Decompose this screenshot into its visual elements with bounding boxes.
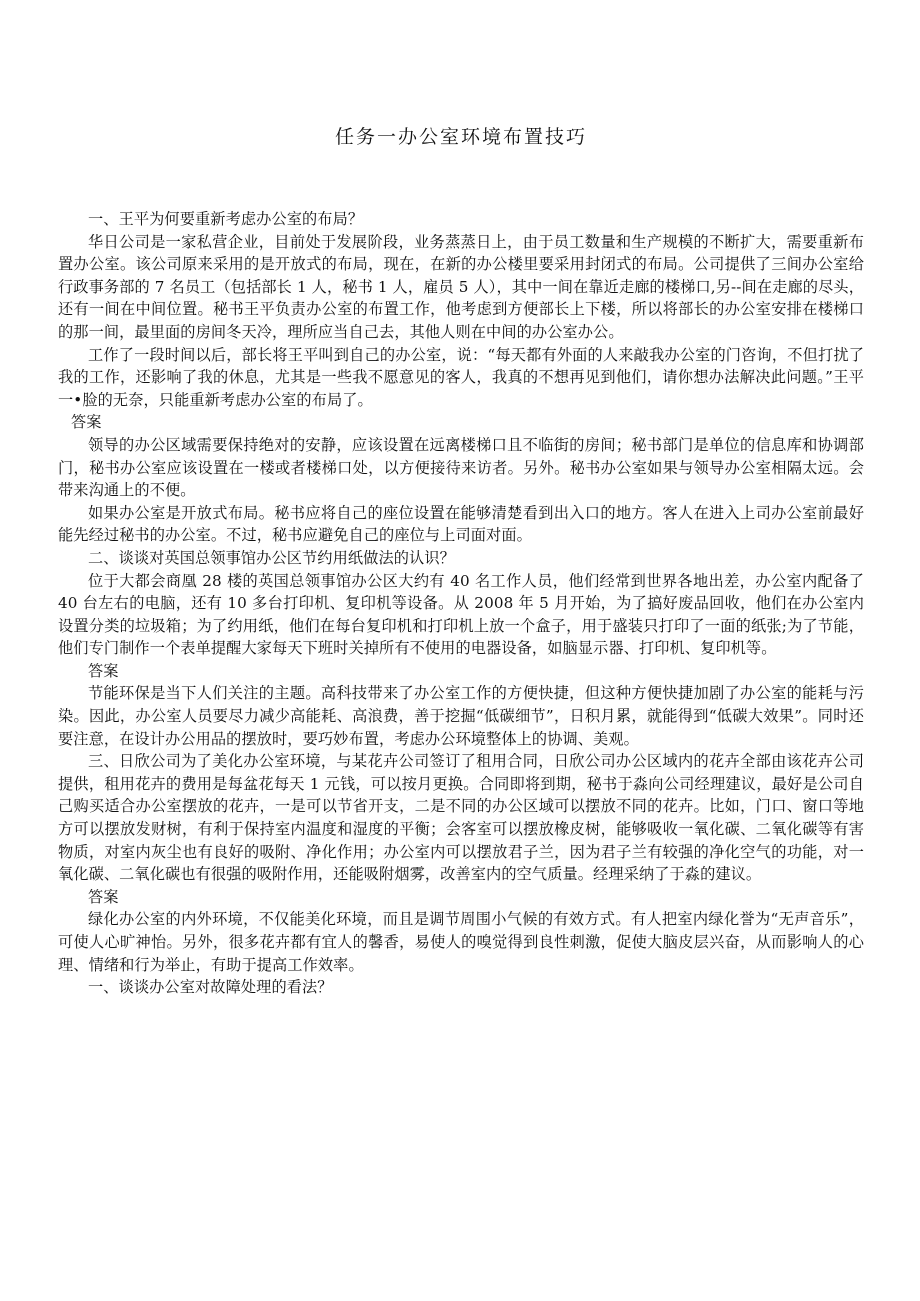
body-paragraph: 华日公司是一家私营企业，目前处于发展阶段，业务蒸蒸日上，由于员工数量和生产规模的… bbox=[58, 231, 864, 344]
body-paragraph: 位于大都会商凰 28 楼的英国总领事馆办公区大约有 40 名工作人员，他们经常到… bbox=[58, 570, 864, 660]
question-heading-2: 二、谈谈对英国总领事馆办公区节约用纸做法的认识？ bbox=[58, 547, 864, 570]
answer-label: 答案 bbox=[58, 660, 864, 683]
question-heading-4: 一、谈谈办公室对故障处理的看法？ bbox=[58, 976, 864, 999]
answer-paragraph: 节能环保是当下人们关注的主题。高科技带来了办公室工作的方便快捷，但这种方便快捷加… bbox=[58, 682, 864, 750]
document-body: 一、王平为何要重新考虑办公室的布局？ 华日公司是一家私营企业，目前处于发展阶段，… bbox=[58, 208, 864, 999]
document-title: 任务一办公室环境布置技巧 bbox=[58, 122, 864, 149]
answer-paragraph: 领导的办公区域需要保持绝对的安静，应该设置在远离楼梯口且不临街的房间；秘书部门是… bbox=[58, 434, 864, 502]
answer-paragraph: 如果办公室是开放式布局。秘书应将自己的座位设置在能够清楚看到出入口的地方。客人在… bbox=[58, 502, 864, 547]
question-paragraph-3: 三、日欣公司为了美化办公室环境，与某花卉公司签订了租用合同，日欣公司办公区域内的… bbox=[58, 750, 864, 886]
body-paragraph: 工作了一段时间以后，部长将王平叫到自己的办公室，说：“每天都有外面的人来敲我办公… bbox=[58, 344, 864, 412]
answer-label: 答案 bbox=[58, 886, 864, 909]
answer-label: 答案 bbox=[58, 411, 864, 434]
answer-paragraph: 绿化办公室的内外环境，不仅能美化环境，而且是调节周围小气候的有效方式。有人把室内… bbox=[58, 908, 864, 976]
question-heading-1: 一、王平为何要重新考虑办公室的布局？ bbox=[58, 208, 864, 231]
